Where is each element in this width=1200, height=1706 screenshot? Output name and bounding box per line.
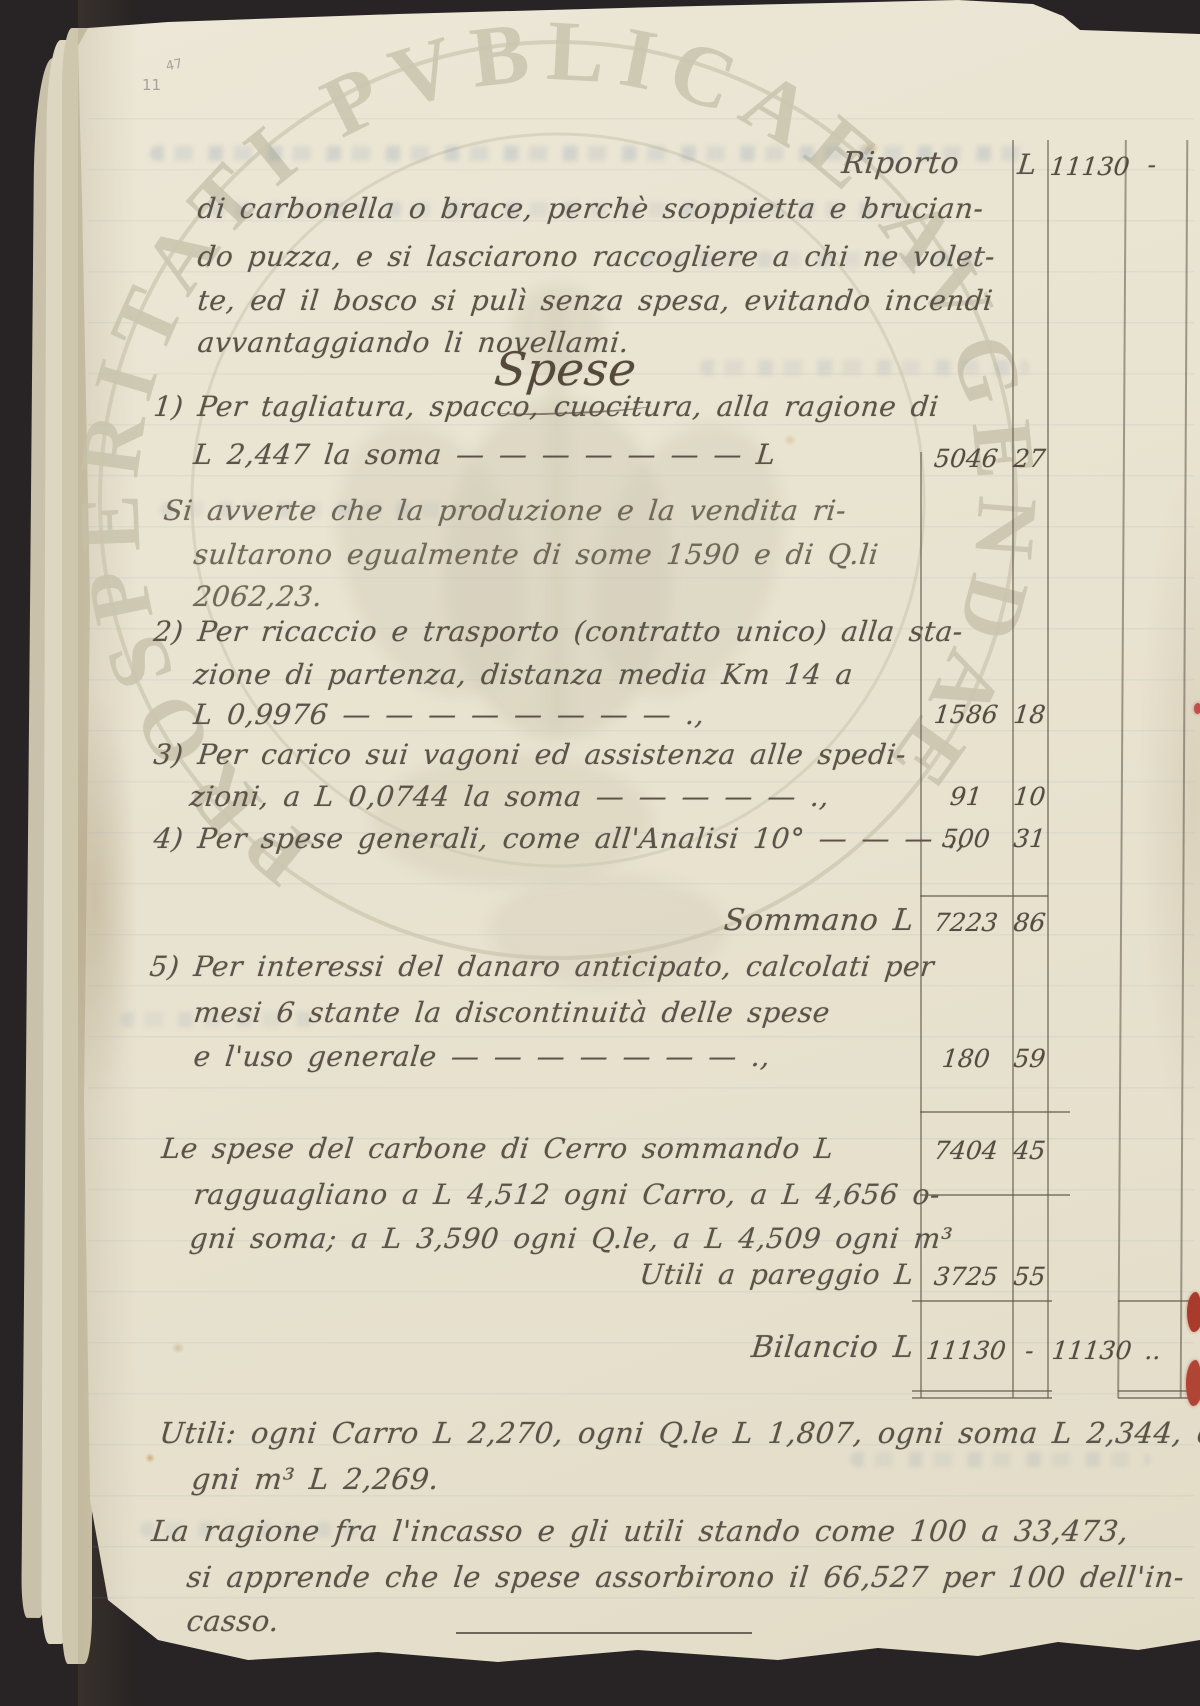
manuscript-line: casso. [185, 1604, 281, 1638]
manuscript-line: Utili: ogni Carro L 2,270, ogni Q.le L 1… [158, 1416, 1200, 1450]
utili-pareggio-label: Utili a pareggio L [620, 1258, 915, 1291]
amount-cents: 27 [1011, 444, 1047, 473]
manuscript-line: 2) Per ricaccio e trasporto (contratto u… [152, 615, 965, 648]
amount-cents: 55 [1011, 1262, 1047, 1291]
manuscript-line: 5) Per interessi del danaro anticipato, … [148, 950, 936, 983]
amount-lire: 7223 [922, 908, 1009, 937]
pencil-annotation: 11 [142, 76, 161, 94]
manuscript-line: 1) Per tagliatura, spacco, cuocitura, al… [152, 390, 940, 423]
amount-cents: - [1011, 1336, 1047, 1365]
bilancio-box-rule [1118, 1300, 1198, 1302]
red-wax-mark [1187, 1292, 1200, 1332]
riporto-lire: 11130 [1048, 152, 1119, 181]
amount-lire: 180 [922, 1044, 1009, 1073]
manuscript-line: mesi 6 stante la discontinuità delle spe… [192, 996, 832, 1029]
amount-cents: 59 [1011, 1044, 1047, 1073]
ledger-total-rule [920, 895, 1048, 897]
manuscript-line: si apprende che le spese assorbirono il … [185, 1560, 1186, 1594]
manuscript-line: zioni, a L 0,0744 la soma — — — — — ., [188, 780, 831, 813]
section-title: Spese [492, 342, 639, 396]
manuscript-line: zione di partenza, distanza media Km 14 … [192, 658, 855, 691]
ledger-total-rule [920, 1194, 1070, 1196]
closing-rule [456, 1632, 752, 1634]
amount-lire: 1586 [922, 700, 1009, 729]
red-wax-speck [1194, 703, 1200, 714]
bilancio-box-rule [912, 1397, 1052, 1399]
amount-cents-balance: .. [1124, 1336, 1181, 1365]
currency-symbol: L [1016, 148, 1039, 181]
manuscript-line: L 0,9976 — — — — — — — — ., [192, 698, 706, 731]
amount-cents: 10 [1011, 782, 1047, 811]
ledger-column-line [1012, 140, 1014, 1398]
ledger-total-rule [920, 1111, 1070, 1113]
scanned-manuscript-ledger-page: PROSPERITATI PVBLICAE AVGENDAE [0, 0, 1200, 1706]
manuscript-line: Le spese del carbone di Cerro sommando L [160, 1132, 835, 1165]
amount-cents: 31 [1011, 824, 1047, 853]
manuscript-line: di carbonella o brace, perchè scoppietta… [196, 192, 985, 225]
manuscript-line: 2062,23. [192, 580, 324, 613]
manuscript-line: gni m³ L 2,269. [190, 1462, 441, 1496]
amount-lire: 7404 [922, 1136, 1009, 1165]
amount-lire: 91 [922, 782, 1009, 811]
bilancio-box-rule [912, 1300, 1052, 1302]
ledger-column-line [920, 452, 922, 1398]
manuscript-line: gni soma; a L 3,590 ogni Q.le, a L 4,509… [188, 1222, 954, 1255]
amount-cents: 86 [1011, 908, 1047, 937]
ledger-column-line [1047, 140, 1049, 1398]
riporto-label: Riporto [840, 146, 961, 181]
bilancio-box-rule [1118, 1397, 1198, 1399]
amount-lire: 5046 [922, 444, 1009, 473]
amount-lire: 3725 [922, 1262, 1009, 1291]
riporto-cents: - [1122, 150, 1181, 179]
manuscript-line: te, ed il bosco si pulì senza spesa, evi… [196, 284, 995, 317]
amount-cents: 45 [1011, 1136, 1047, 1165]
manuscript-line: sultarono egualmente di some 1590 e di Q… [192, 538, 880, 571]
red-wax-mark [1186, 1360, 1200, 1406]
bilancio-label: Bilancio L [620, 1330, 916, 1365]
manuscript-line: La ragione fra l'incasso e gli utili sta… [150, 1514, 1130, 1548]
bilancio-box-rule [912, 1390, 1052, 1392]
manuscript-line: 4) Per spese generali, come all'Analisi … [152, 822, 968, 855]
amount-cents: 18 [1011, 700, 1047, 729]
manuscript-line: e l'uso generale — — — — — — — ., [192, 1040, 772, 1073]
amount-lire-balance: 11130 [1050, 1336, 1119, 1365]
amount-lire: 11130 [922, 1336, 1009, 1365]
manuscript-line: do puzza, e si lasciarono raccogliere a … [196, 240, 997, 273]
amount-lire: 500 [922, 824, 1009, 853]
manuscript-line: Si avverte che la produzione e la vendit… [162, 494, 848, 527]
sommano-label: Sommano L [650, 903, 916, 938]
manuscript-line: L 2,447 la soma — — — — — — — L [192, 438, 777, 471]
manuscript-line: 3) Per carico sui vagoni ed assistenza a… [152, 738, 908, 771]
manuscript-line: ragguagliano a L 4,512 ogni Carro, a L 4… [192, 1178, 942, 1211]
